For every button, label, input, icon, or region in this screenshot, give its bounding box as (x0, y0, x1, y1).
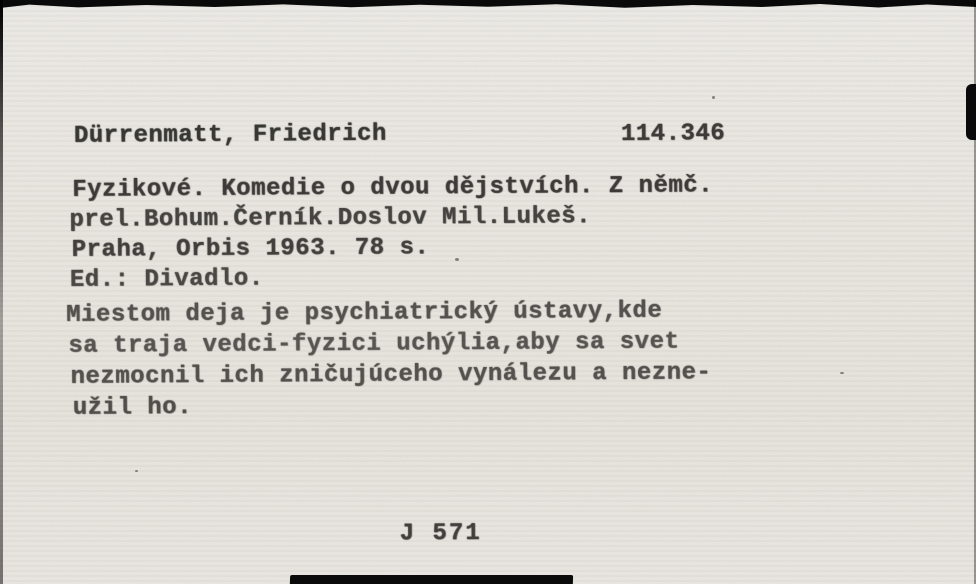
annotation-line-4: užil ho. (73, 396, 192, 421)
typewritten-text-block: Dürrenmatt, Friedrich 114.346 Fyzikové. … (0, 0, 976, 584)
shelf-mark: J 571 (400, 522, 482, 547)
annotation-line-3: nezmocnil ich zničujúceho vynálezu a nez… (71, 361, 712, 389)
call-number: 114.346 (621, 122, 725, 147)
author-heading: Dürrenmatt, Friedrich (74, 123, 387, 149)
annotation-line-1: Miestom deja je psychiatrický ústavy,kde (66, 300, 662, 328)
edition-line: Ed.: Divadlo. (70, 268, 264, 293)
imprint-line: Praha, Orbis 1963. 78 s. (72, 236, 430, 262)
catalog-card-scan: Dürrenmatt, Friedrich 114.346 Fyzikové. … (0, 0, 976, 584)
translator-line: prel.Bohum.Černík.Doslov Mil.Lukeš. (69, 205, 591, 233)
title-line: Fyzikové. Komedie o dvou dějstvích. Z ně… (72, 174, 713, 202)
annotation-line-2: sa traja vedci-fyzici uchýlia,aby sa sve… (68, 331, 679, 359)
